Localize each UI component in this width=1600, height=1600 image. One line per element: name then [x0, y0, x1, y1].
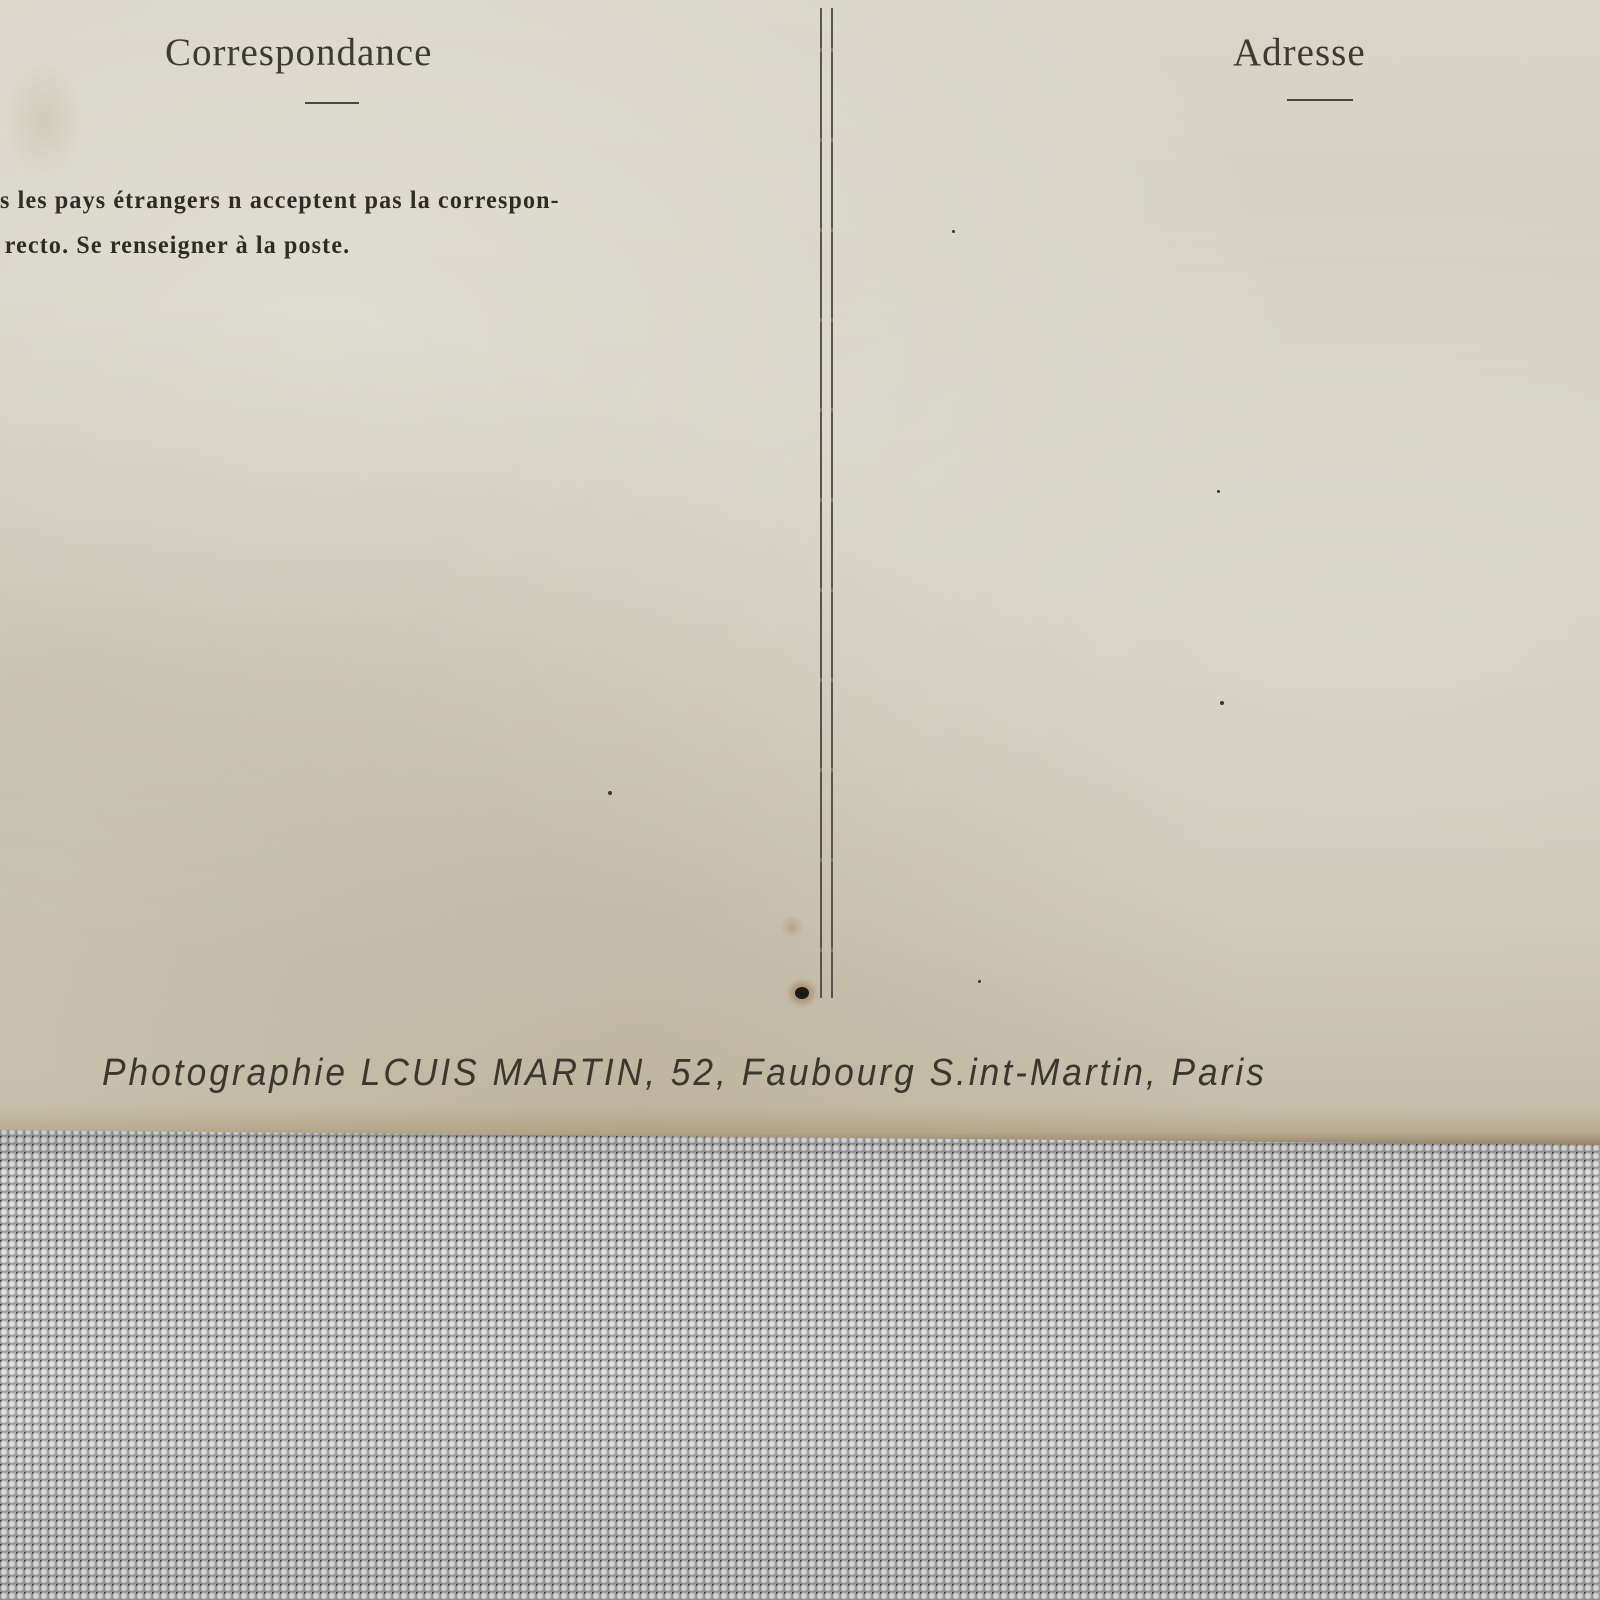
adresse-heading: Adresse [1233, 30, 1366, 75]
correspondance-heading: Correspondance [165, 30, 432, 75]
postal-notice-line-2: recto. Se renseigner à la poste. [0, 223, 560, 268]
paper-speck [952, 230, 955, 233]
foxing-stain [780, 915, 804, 939]
photographer-imprint: Photographie LCUIS MARTIN, 52, Faubourg … [102, 1052, 1267, 1095]
ink-spot [795, 987, 809, 999]
correspondance-underline [305, 102, 359, 104]
postal-notice-line-1: s les pays étrangers n acceptent pas la … [0, 178, 560, 223]
paper-speck [978, 980, 981, 983]
center-divider-line-right [831, 8, 833, 998]
paper-speck [1220, 701, 1224, 705]
fabric-background [0, 1120, 1600, 1600]
center-divider-line-left [820, 8, 822, 998]
adresse-underline [1287, 99, 1353, 101]
postcard-back: Correspondance s les pays étrangers n ac… [0, 0, 1600, 1145]
paper-speck [608, 791, 612, 795]
paper-stain [4, 60, 84, 180]
paper-speck [1217, 490, 1220, 493]
postal-notice: s les pays étrangers n acceptent pas la … [0, 178, 560, 268]
